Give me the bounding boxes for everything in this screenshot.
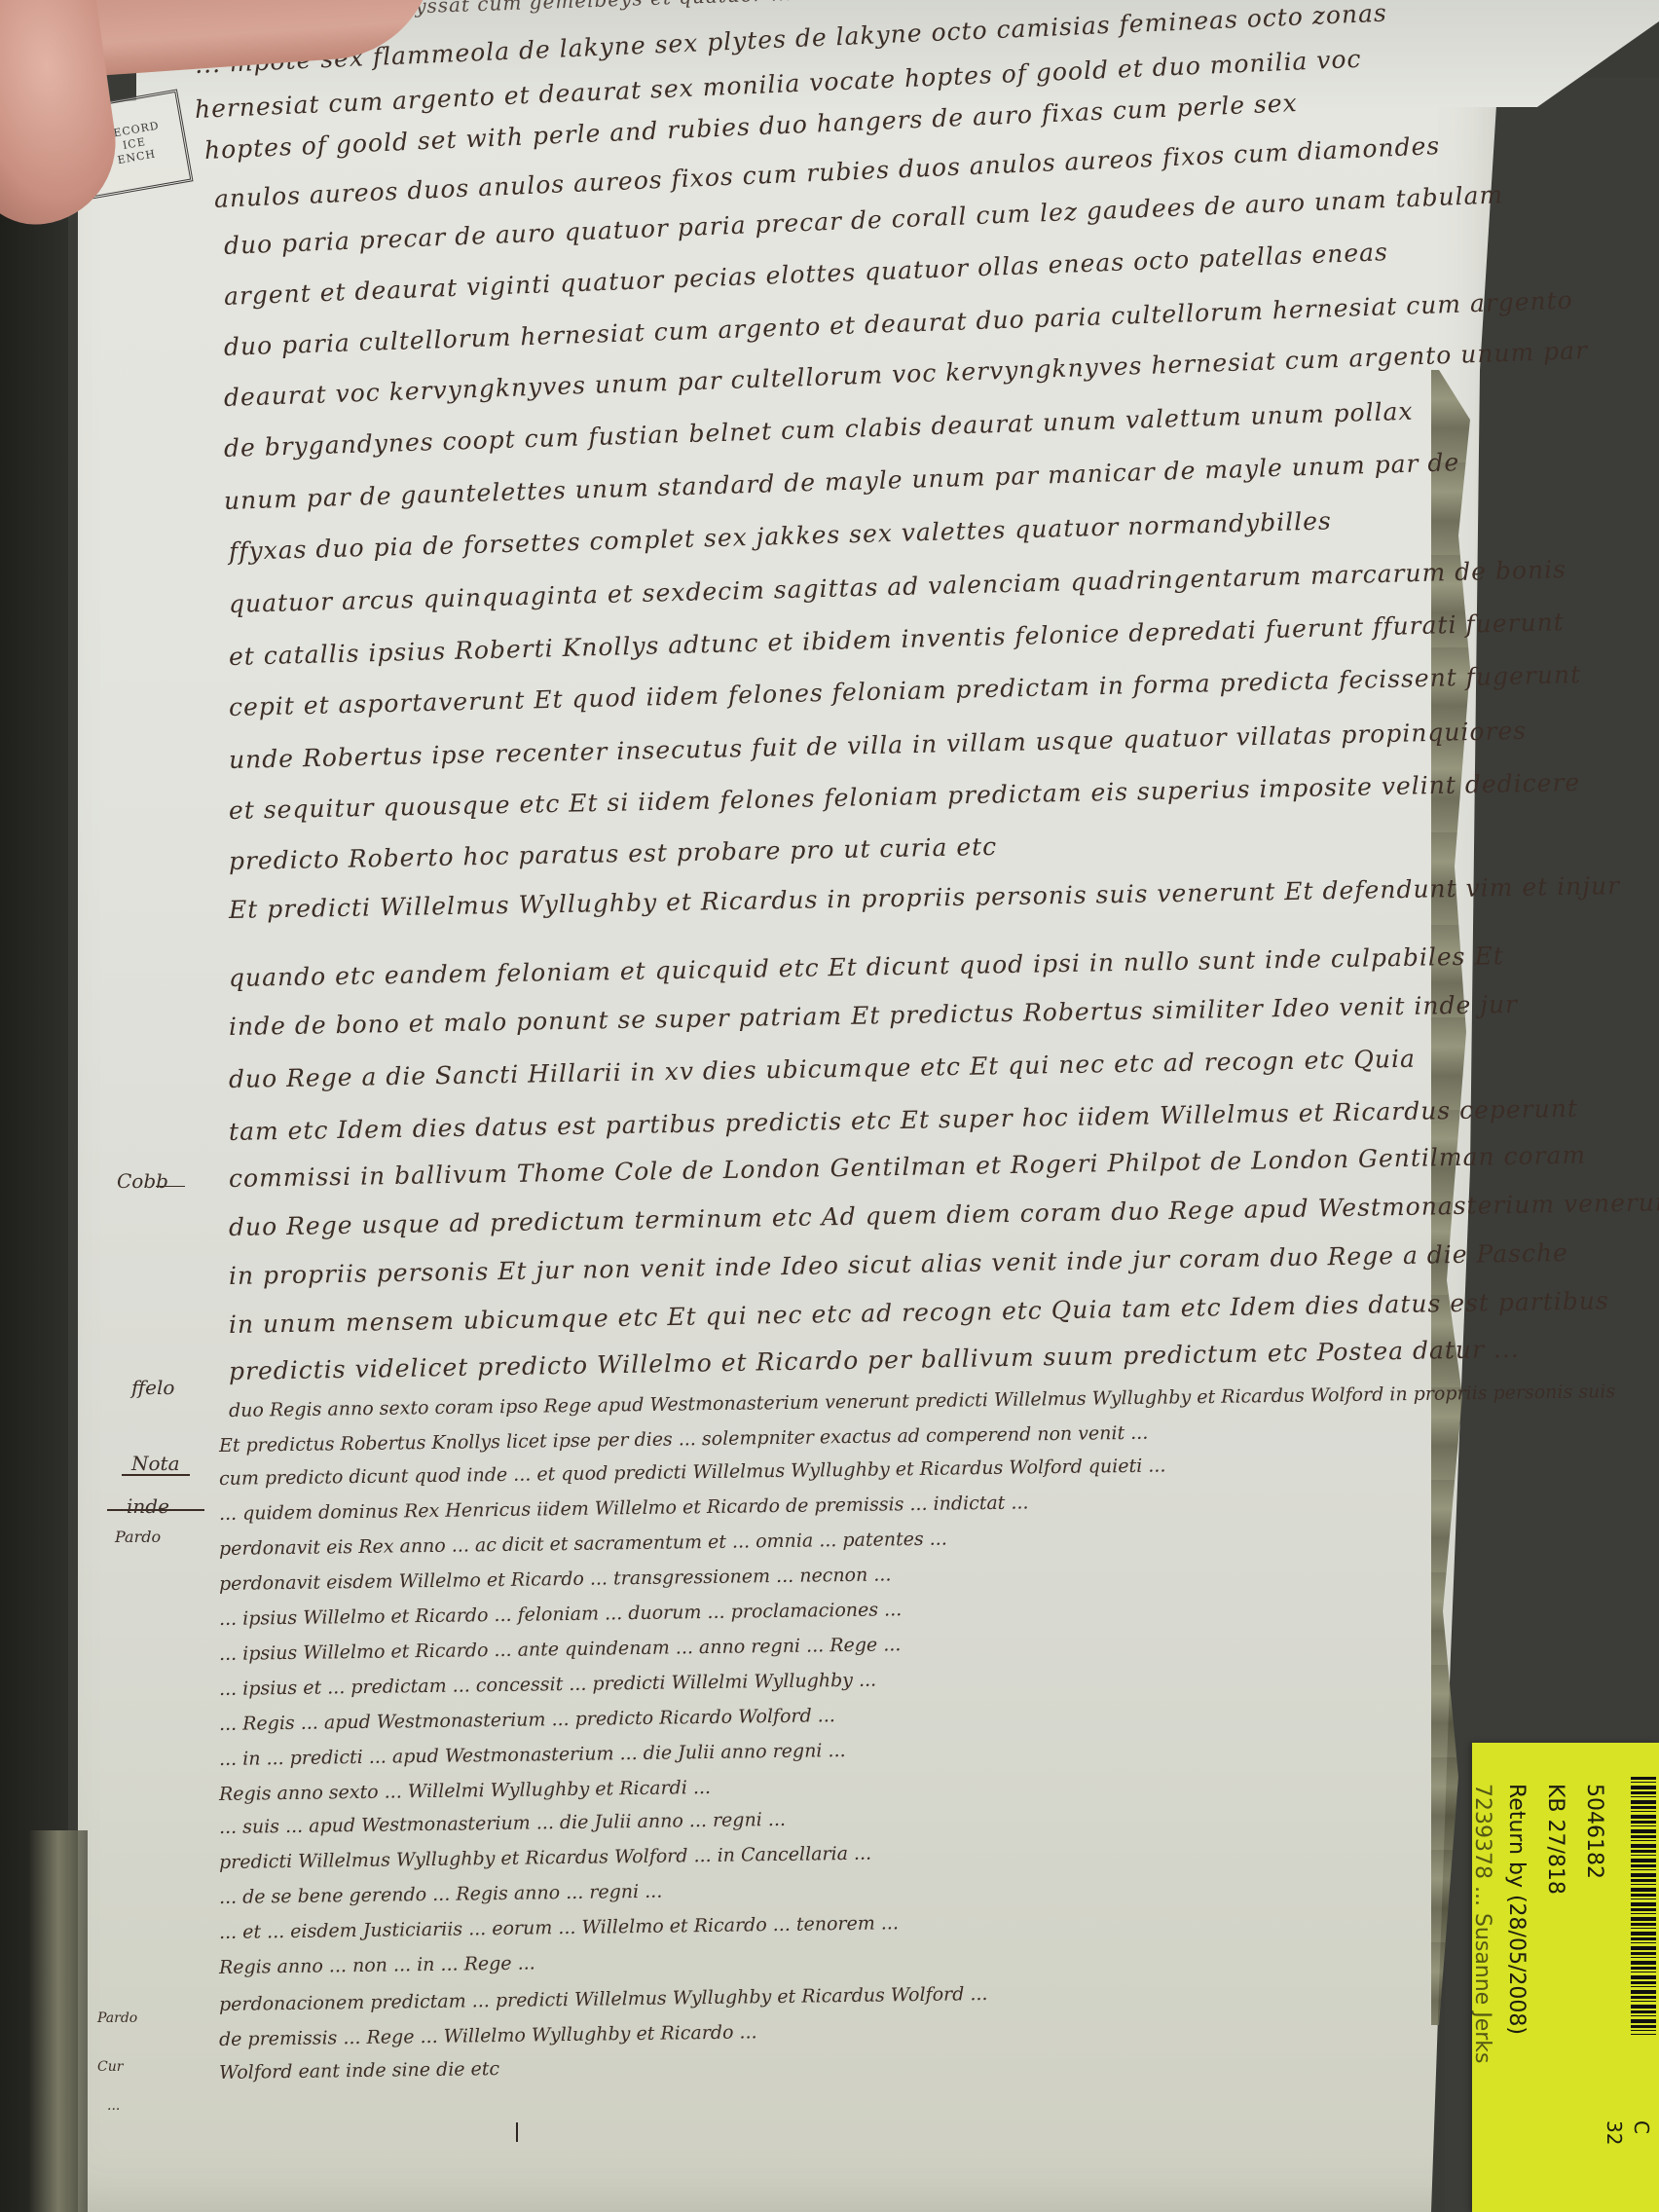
marginal-note-upper: Cobb [117,1168,168,1194]
label-code-c: C [1630,2120,1653,2134]
label-code-32: 32 [1603,2120,1626,2145]
label-id: 5046182 [1582,1784,1606,1879]
manuscript-line: Wolford eant inde sine die etc [219,2058,499,2083]
marginal-note-inde: inde [127,1493,169,1519]
marginal-rule [107,1509,204,1511]
marginal-dash [156,1186,185,1187]
rolled-parchment-edge [29,1830,88,2212]
marginal-note-nota: Nota [131,1451,180,1476]
label-reference: KB 27/818 [1543,1784,1567,1895]
barcode [1631,1777,1656,2035]
label-partial-line: 7239378 ... Susanne Jerks [1470,1784,1494,2063]
marginal-note-pardon: Pardo [115,1525,161,1550]
marginal-note-lower-1: Pardo [97,2009,137,2027]
marginal-note-lower-2: Cur [97,2054,123,2080]
marginal-note-felony: ffelo [131,1375,174,1400]
manuscript-line: Regis anno ... non ... in ... Rege ... [219,1952,535,1978]
ink-mark [516,2122,518,2142]
stamp-line-3: ENCH [117,147,158,167]
marginal-note-lower-3: ... [107,2093,120,2119]
marginal-rule [122,1474,190,1476]
label-return-by: Return by (28/05/2008) [1504,1784,1529,2035]
